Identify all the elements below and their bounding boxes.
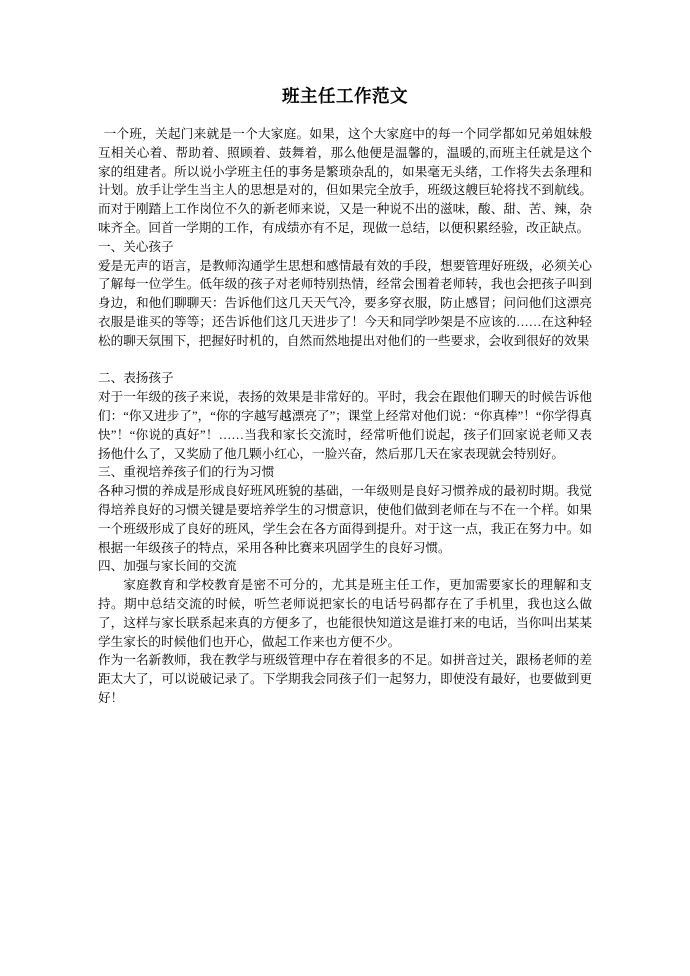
document-page: 班主任工作范文 一个班，关起门来就是一个大家庭。如果，这个大家庭中的每一个同学都… (0, 0, 690, 976)
paragraph: 家庭教育和学校教育是密不可分的，尤其是班主任工作，更加需要家长的理解和支持。期中… (98, 576, 592, 651)
section-heading: 二、表扬孩子 (98, 369, 592, 388)
paragraph: 一个班，关起门来就是一个大家庭。如果，这个大家庭中的每一个同学都如兄弟姐妹般互相… (98, 125, 592, 238)
paragraph: 对于一年级的孩子来说，表扬的效果是非常好的。平时，我会在跟他们聊天的时候告诉他们… (98, 388, 592, 463)
blank-line (98, 351, 592, 370)
document-body: 一个班，关起门来就是一个大家庭。如果，这个大家庭中的每一个同学都如兄弟姐妹般互相… (98, 125, 592, 708)
paragraph: 作为一名新教师，我在教学与班级管理中存在着很多的不足。如拼音过关，跟杨老师的差距… (98, 651, 592, 707)
document-title: 班主任工作范文 (0, 0, 690, 107)
paragraph: 爱是无声的语言，是教师沟通学生思想和感情最有效的手段，想要管理好班级，必须关心了… (98, 257, 592, 351)
section-heading: 一、关心孩子 (98, 238, 592, 257)
paragraph: 各种习惯的养成是形成良好班风班貌的基础，一年级则是良好习惯养成的最初时期。我觉得… (98, 482, 592, 557)
section-heading: 三、重视培养孩子们的行为习惯 (98, 463, 592, 482)
section-heading: 四、加强与家长间的交流 (98, 557, 592, 576)
